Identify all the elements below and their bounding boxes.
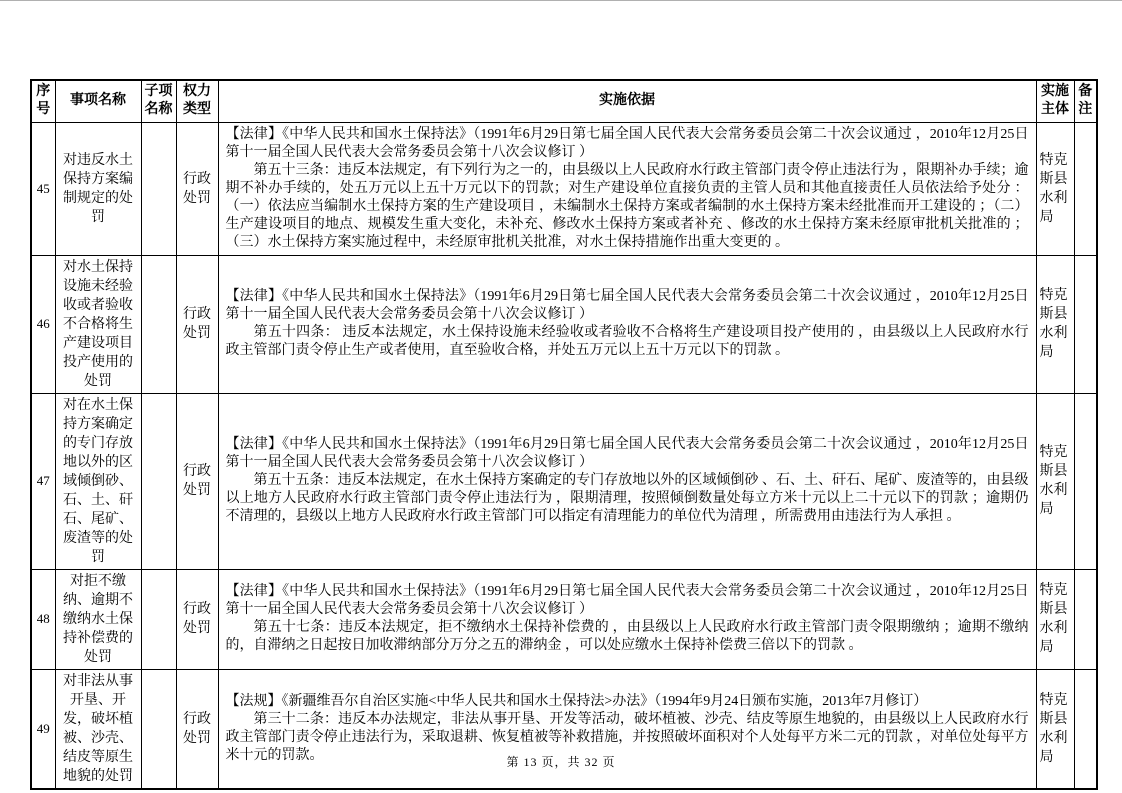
basis-law-title: 【法规】《新疆维吾尔自治区实施<中华人民共和国水土保持法>办法》（1994年9月…	[226, 693, 1029, 711]
document-page: 序号 事项名称 子项名称 权力类型 实施依据 实施主体 备注 45 对违反水土保…	[0, 0, 1122, 793]
column-header-power-type: 权力类型	[176, 80, 218, 122]
basis-article-text: 第五十七条：违反本法规定，拒不缴纳水土保持补偿费的 ，由县级以上人民政府水行政主…	[226, 619, 1029, 655]
cell-implementer: 特克斯县水利局	[1036, 255, 1074, 393]
basis-law-title: 【法律】《中华人民共和国水土保持法》（1991年6月29日第七届全国人民代表大会…	[226, 126, 1029, 162]
cell-remarks	[1074, 393, 1097, 569]
penalty-items-table: 序号 事项名称 子项名称 权力类型 实施依据 实施主体 备注 45 对违反水土保…	[30, 79, 1098, 790]
cell-item-name: 对非法从事开垦、开发，破坏植被、沙壳、结皮等原生地貌的处罚	[55, 669, 141, 789]
cell-basis: 【法律】《中华人民共和国水土保持法》（1991年6月29日第七届全国人民代表大会…	[218, 255, 1036, 393]
cell-basis: 【法律】《中华人民共和国水土保持法》（1991年6月29日第七届全国人民代表大会…	[218, 393, 1036, 569]
cell-power-type: 行政处罚	[176, 669, 218, 789]
cell-power-type: 行政处罚	[176, 122, 218, 255]
cell-sub-item-name	[141, 569, 176, 669]
cell-seq: 45	[31, 122, 55, 255]
cell-item-name: 对在水土保持方案确定的专门存放地以外的区域倾倒砂、石、土、矸石、尾矿、废渣等的处…	[55, 393, 141, 569]
column-header-implementer: 实施主体	[1036, 80, 1074, 122]
cell-seq: 49	[31, 669, 55, 789]
table-row: 45 对违反水土保持方案编制规定的处罚 行政处罚 【法律】《中华人民共和国水土保…	[31, 122, 1097, 255]
basis-article-text: 第五十五条：违反本法规定，在水土保持方案确定的专门存放地以外的区域倾倒砂 、石、…	[226, 472, 1029, 526]
cell-seq: 46	[31, 255, 55, 393]
column-header-basis: 实施依据	[218, 80, 1036, 122]
cell-power-type: 行政处罚	[176, 255, 218, 393]
column-header-seq: 序号	[31, 80, 55, 122]
cell-seq: 47	[31, 393, 55, 569]
table-row: 46 对水土保持设施未经验收或者验收不合格将生产建设项目投产使用的处罚 行政处罚…	[31, 255, 1097, 393]
page-number-footer: 第 13 页，共 32 页	[0, 753, 1122, 770]
table-row: 47 对在水土保持方案确定的专门存放地以外的区域倾倒砂、石、土、矸石、尾矿、废渣…	[31, 393, 1097, 569]
basis-article-text: 第五十三条：违反本法规定，有下列行为之一的，由县级以上人民政府水行政主管部门责令…	[226, 162, 1029, 252]
cell-power-type: 行政处罚	[176, 569, 218, 669]
cell-sub-item-name	[141, 393, 176, 569]
table-row: 48 对拒不缴纳、逾期不缴纳水土保持补偿费的处罚 行政处罚 【法律】《中华人民共…	[31, 569, 1097, 669]
cell-implementer: 特克斯县水利局	[1036, 122, 1074, 255]
basis-article-text: 第五十四条： 违反本法规定，水土保持设施未经验收或者验收不合格将生产建设项目投产…	[226, 324, 1029, 360]
cell-seq: 48	[31, 569, 55, 669]
basis-law-title: 【法律】《中华人民共和国水土保持法》（1991年6月29日第七届全国人民代表大会…	[226, 583, 1029, 619]
cell-implementer: 特克斯县水利局	[1036, 393, 1074, 569]
table-header-row: 序号 事项名称 子项名称 权力类型 实施依据 实施主体 备注	[31, 80, 1097, 122]
table-row: 49 对非法从事开垦、开发，破坏植被、沙壳、结皮等原生地貌的处罚 行政处罚 【法…	[31, 669, 1097, 789]
column-header-sub-item-name: 子项名称	[141, 80, 176, 122]
cell-basis: 【法律】《中华人民共和国水土保持法》（1991年6月29日第七届全国人民代表大会…	[218, 569, 1036, 669]
cell-remarks	[1074, 569, 1097, 669]
cell-remarks	[1074, 255, 1097, 393]
cell-sub-item-name	[141, 669, 176, 789]
cell-sub-item-name	[141, 255, 176, 393]
cell-item-name: 对水土保持设施未经验收或者验收不合格将生产建设项目投产使用的处罚	[55, 255, 141, 393]
basis-law-title: 【法律】《中华人民共和国水土保持法》（1991年6月29日第七届全国人民代表大会…	[226, 436, 1029, 472]
cell-sub-item-name	[141, 122, 176, 255]
cell-basis: 【法律】《中华人民共和国水土保持法》（1991年6月29日第七届全国人民代表大会…	[218, 122, 1036, 255]
cell-implementer: 特克斯县水利局	[1036, 569, 1074, 669]
cell-basis: 【法规】《新疆维吾尔自治区实施<中华人民共和国水土保持法>办法》（1994年9月…	[218, 669, 1036, 789]
cell-power-type: 行政处罚	[176, 393, 218, 569]
column-header-remarks: 备注	[1074, 80, 1097, 122]
cell-remarks	[1074, 669, 1097, 789]
cell-remarks	[1074, 122, 1097, 255]
basis-law-title: 【法律】《中华人民共和国水土保持法》（1991年6月29日第七届全国人民代表大会…	[226, 288, 1029, 324]
column-header-item-name: 事项名称	[55, 80, 141, 122]
cell-item-name: 对违反水土保持方案编制规定的处罚	[55, 122, 141, 255]
cell-implementer: 特克斯县水利局	[1036, 669, 1074, 789]
cell-item-name: 对拒不缴纳、逾期不缴纳水土保持补偿费的处罚	[55, 569, 141, 669]
